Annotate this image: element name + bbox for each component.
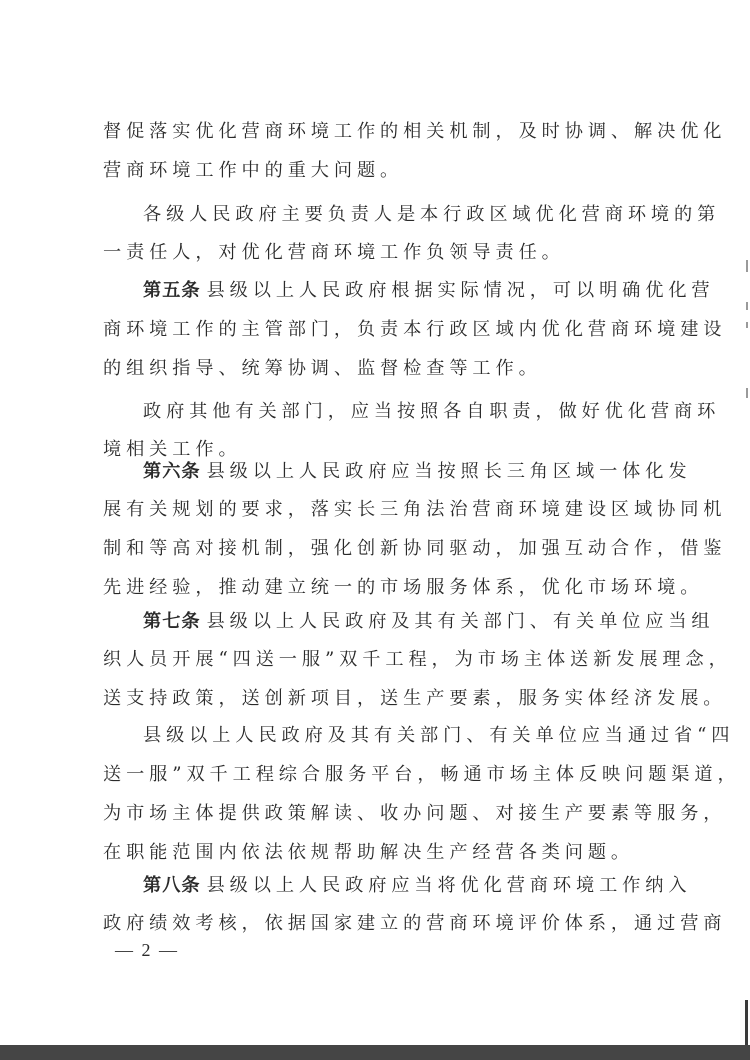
line-text: 送一服”双千工程综合服务平台，畅通市场主体反映问题渠道， <box>103 764 741 785</box>
text-line: 为市场主体提供政策解读、收办问题、对接生产要素等服务， <box>103 802 663 826</box>
text-line: 政府绩效考核，依据国家建立的营商环境评价体系，通过营商 <box>103 912 663 936</box>
page-number: — 2 — <box>115 940 179 961</box>
scan-edge-mark <box>746 302 748 310</box>
line-text: 政府其他有关部门，应当按照各自职责，做好优化营商环 <box>143 401 720 422</box>
scan-edge-mark <box>746 322 748 328</box>
text-line: 送支持政策，送创新项目，送生产要素，服务实体经济发展。 <box>103 687 663 711</box>
article-line: 第八条县级以上人民政府应当将优化营商环境工作纳入 <box>143 874 703 898</box>
line-text: 为市场主体提供政策解读、收办问题、对接生产要素等服务， <box>103 803 726 824</box>
line-text: 先进经验，推动建立统一的市场服务体系，优化市场环境。 <box>103 577 703 598</box>
scan-bottom-border <box>0 1045 750 1060</box>
line-text: 县级以上人民政府根据实际情况，可以明确优化营 <box>207 280 715 301</box>
text-line: 政府其他有关部门，应当按照各自职责，做好优化营商环 <box>143 400 703 424</box>
text-line: 的组织指导、统筹协调、监督检查等工作。 <box>103 357 663 381</box>
article-heading: 第六条 <box>143 461 201 482</box>
text-line: 制和等高对接机制，强化创新协同驱动，加强互动合作，借鉴 <box>103 537 663 561</box>
article-line: 第五条县级以上人民政府根据实际情况，可以明确优化营 <box>143 279 703 303</box>
article-heading: 第七条 <box>143 611 201 632</box>
line-text: 各级人民政府主要负责人是本行政区域优化营商环境的第 <box>143 204 720 225</box>
line-text: 县级以上人民政府及其有关部门、有关单位应当通过省“四 <box>143 725 734 746</box>
line-text: 境相关工作。 <box>103 439 242 460</box>
text-line: 先进经验，推动建立统一的市场服务体系，优化市场环境。 <box>103 576 663 600</box>
text-line: 各级人民政府主要负责人是本行政区域优化营商环境的第 <box>143 203 703 227</box>
text-line: 商环境工作的主管部门，负责本行政区域内优化营商环境建设 <box>103 318 663 342</box>
line-text: 督促落实优化营商环境工作的相关机制，及时协调、解决优化 <box>103 121 726 142</box>
text-line: 营商环境工作中的重大问题。 <box>103 159 663 183</box>
scan-edge-mark <box>746 388 748 398</box>
text-line: 在职能范围内依法依规帮助解决生产经营各类问题。 <box>103 841 663 865</box>
line-text: 政府绩效考核，依据国家建立的营商环境评价体系，通过营商 <box>103 913 726 934</box>
line-text: 县级以上人民政府及其有关部门、有关单位应当组 <box>207 611 715 632</box>
text-line: 境相关工作。 <box>103 438 663 462</box>
article-line: 第七条县级以上人民政府及其有关部门、有关单位应当组 <box>143 610 703 634</box>
line-text: 在职能范围内依法依规帮助解决生产经营各类问题。 <box>103 842 634 863</box>
line-text: 商环境工作的主管部门，负责本行政区域内优化营商环境建设 <box>103 319 726 340</box>
line-text: 展有关规划的要求，落实长三角法治营商环境建设区域协同机 <box>103 499 726 520</box>
line-text: 县级以上人民政府应当将优化营商环境工作纳入 <box>207 875 692 896</box>
text-line: 县级以上人民政府及其有关部门、有关单位应当通过省“四 <box>143 724 703 748</box>
text-line: 展有关规划的要求，落实长三角法治营商环境建设区域协同机 <box>103 498 663 522</box>
line-text: 制和等高对接机制，强化创新协同驱动，加强互动合作，借鉴 <box>103 538 726 559</box>
text-line: 督促落实优化营商环境工作的相关机制，及时协调、解决优化 <box>103 120 663 144</box>
text-line: 一责任人，对优化营商环境工作负领导责任。 <box>103 241 663 265</box>
line-text: 织人员开展“四送一服”双千工程，为市场主体送新发展理念， <box>103 649 732 670</box>
line-text: 的组织指导、统筹协调、监督检查等工作。 <box>103 358 542 379</box>
scan-right-edge <box>745 1000 748 1048</box>
document-page: 督促落实优化营商环境工作的相关机制，及时协调、解决优化营商环境工作中的重大问题。… <box>0 0 750 1045</box>
text-line: 送一服”双千工程综合服务平台，畅通市场主体反映问题渠道， <box>103 763 663 787</box>
text-line: 织人员开展“四送一服”双千工程，为市场主体送新发展理念， <box>103 648 663 672</box>
line-text: 营商环境工作中的重大问题。 <box>103 160 403 181</box>
line-text: 县级以上人民政府应当按照长三角区域一体化发 <box>207 461 692 482</box>
article-line: 第六条县级以上人民政府应当按照长三角区域一体化发 <box>143 460 703 484</box>
article-heading: 第八条 <box>143 875 201 896</box>
line-text: 送支持政策，送创新项目，送生产要素，服务实体经济发展。 <box>103 688 726 709</box>
line-text: 一责任人，对优化营商环境工作负领导责任。 <box>103 242 565 263</box>
scan-edge-mark <box>746 260 748 272</box>
article-heading: 第五条 <box>143 280 201 301</box>
